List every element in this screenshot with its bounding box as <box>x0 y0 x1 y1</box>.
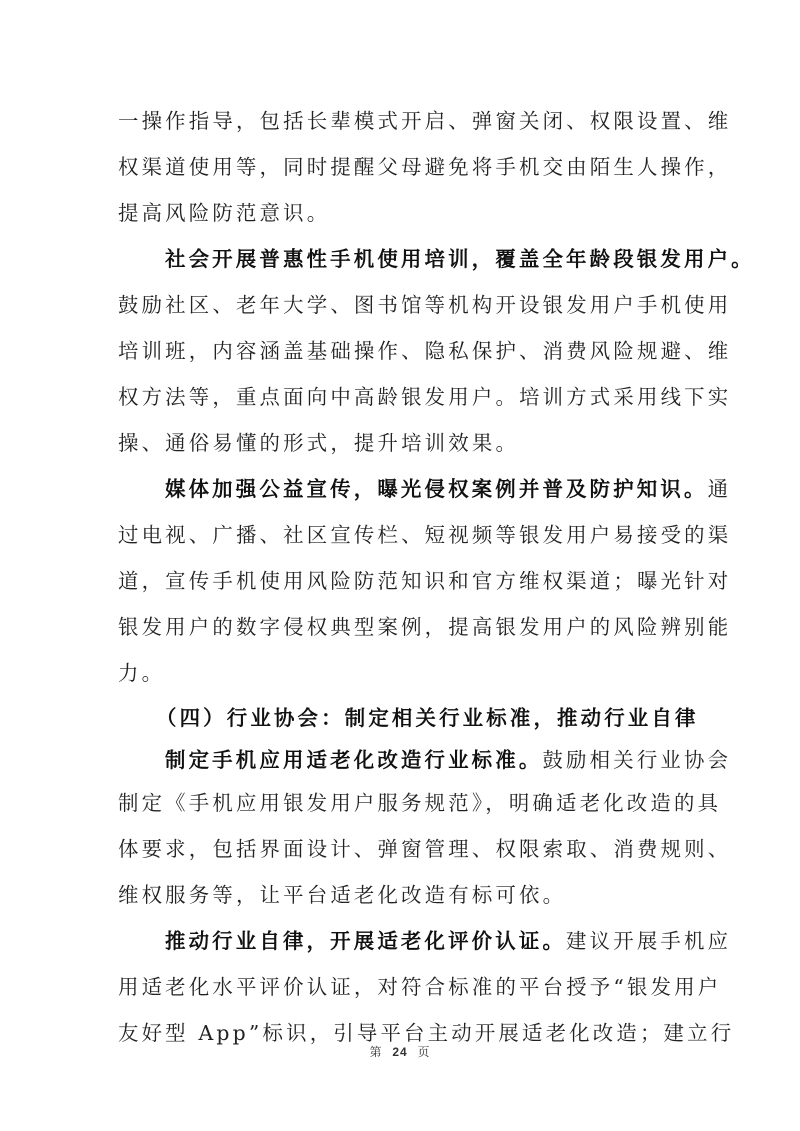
section-title-media: 媒体加强公益宣传，曝光侵权案例并普及防护知识。 <box>165 477 708 501</box>
document-page: 一操作指导，包括长辈模式开启、弹窗关闭、权限设置、维 权渠道使用等，同时提醒父母… <box>0 0 800 1131</box>
page-number-suffix: 页 <box>418 1045 431 1059</box>
paragraph-line: 维权服务等，让平台适老化改造有标可依。 <box>118 872 684 918</box>
page-number-prefix: 第 <box>369 1045 382 1059</box>
paragraph-line: 提高风险防范意识。 <box>118 190 684 236</box>
page-footer: 第 24 页 <box>0 1043 800 1060</box>
paragraph-line: 制定《手机应用银发用户服务规范》，明确适老化改造的具 <box>118 780 684 826</box>
paragraph-line: 一操作指导，包括长辈模式开启、弹窗关闭、权限设置、维 <box>118 98 684 144</box>
section-title-tail: 鼓励相关行业协会 <box>542 748 731 772</box>
section-title-tail: 建议开展手机应 <box>566 929 731 953</box>
section-title-selfreg: 推动行业自律，开展适老化评价认证。 <box>165 929 566 953</box>
paragraph-line: 权渠道使用等，同时提醒父母避免将手机交由陌生人操作， <box>118 144 684 190</box>
paragraph-line: 力。 <box>118 650 684 696</box>
paragraph-line: 银发用户的数字侵权典型案例，提高银发用户的风险辨别能 <box>118 604 684 650</box>
section-line-media: 媒体加强公益宣传，曝光侵权案例并普及防护知识。通 <box>118 466 684 512</box>
paragraph-line: 体要求，包括界面设计、弹窗管理、权限索取、消费规则、 <box>118 826 684 872</box>
section-title-society-training: 社会开展普惠性手机使用培训，覆盖全年龄段银发用户。 <box>118 236 684 282</box>
paragraph-line: 道，宣传手机使用风险防范知识和官方维权渠道；曝光针对 <box>118 558 684 604</box>
section-title-tail: 通 <box>708 477 732 501</box>
paragraph-line: 鼓励社区、老年大学、图书馆等机构开设银发用户手机使用 <box>118 282 684 328</box>
section-title-standard: 制定手机应用适老化改造行业标准。 <box>165 748 542 772</box>
paragraph-line: 培训班，内容涵盖基础操作、隐私保护、消费风险规避、维 <box>118 328 684 374</box>
paragraph-line: 过电视、广播、社区宣传栏、短视频等银发用户易接受的渠 <box>118 512 684 558</box>
paragraph-line: 权方法等，重点面向中高龄银发用户。培训方式采用线下实 <box>118 374 684 420</box>
paragraph-line: 操、通俗易懂的形式，提升培训效果。 <box>118 420 684 466</box>
document-body: 一操作指导，包括长辈模式开启、弹窗关闭、权限设置、维 权渠道使用等，同时提醒父母… <box>118 98 684 1056</box>
page-number: 24 <box>392 1045 407 1059</box>
paragraph-line: 用适老化水平评价认证，对符合标准的平台授予“银发用户 <box>118 964 684 1010</box>
section-line-standard: 制定手机应用适老化改造行业标准。鼓励相关行业协会 <box>118 740 684 780</box>
section-heading-industry-association: （四）行业协会：制定相关行业标准，推动行业自律 <box>118 696 684 740</box>
section-line-selfreg: 推动行业自律，开展适老化评价认证。建议开展手机应 <box>118 918 684 964</box>
